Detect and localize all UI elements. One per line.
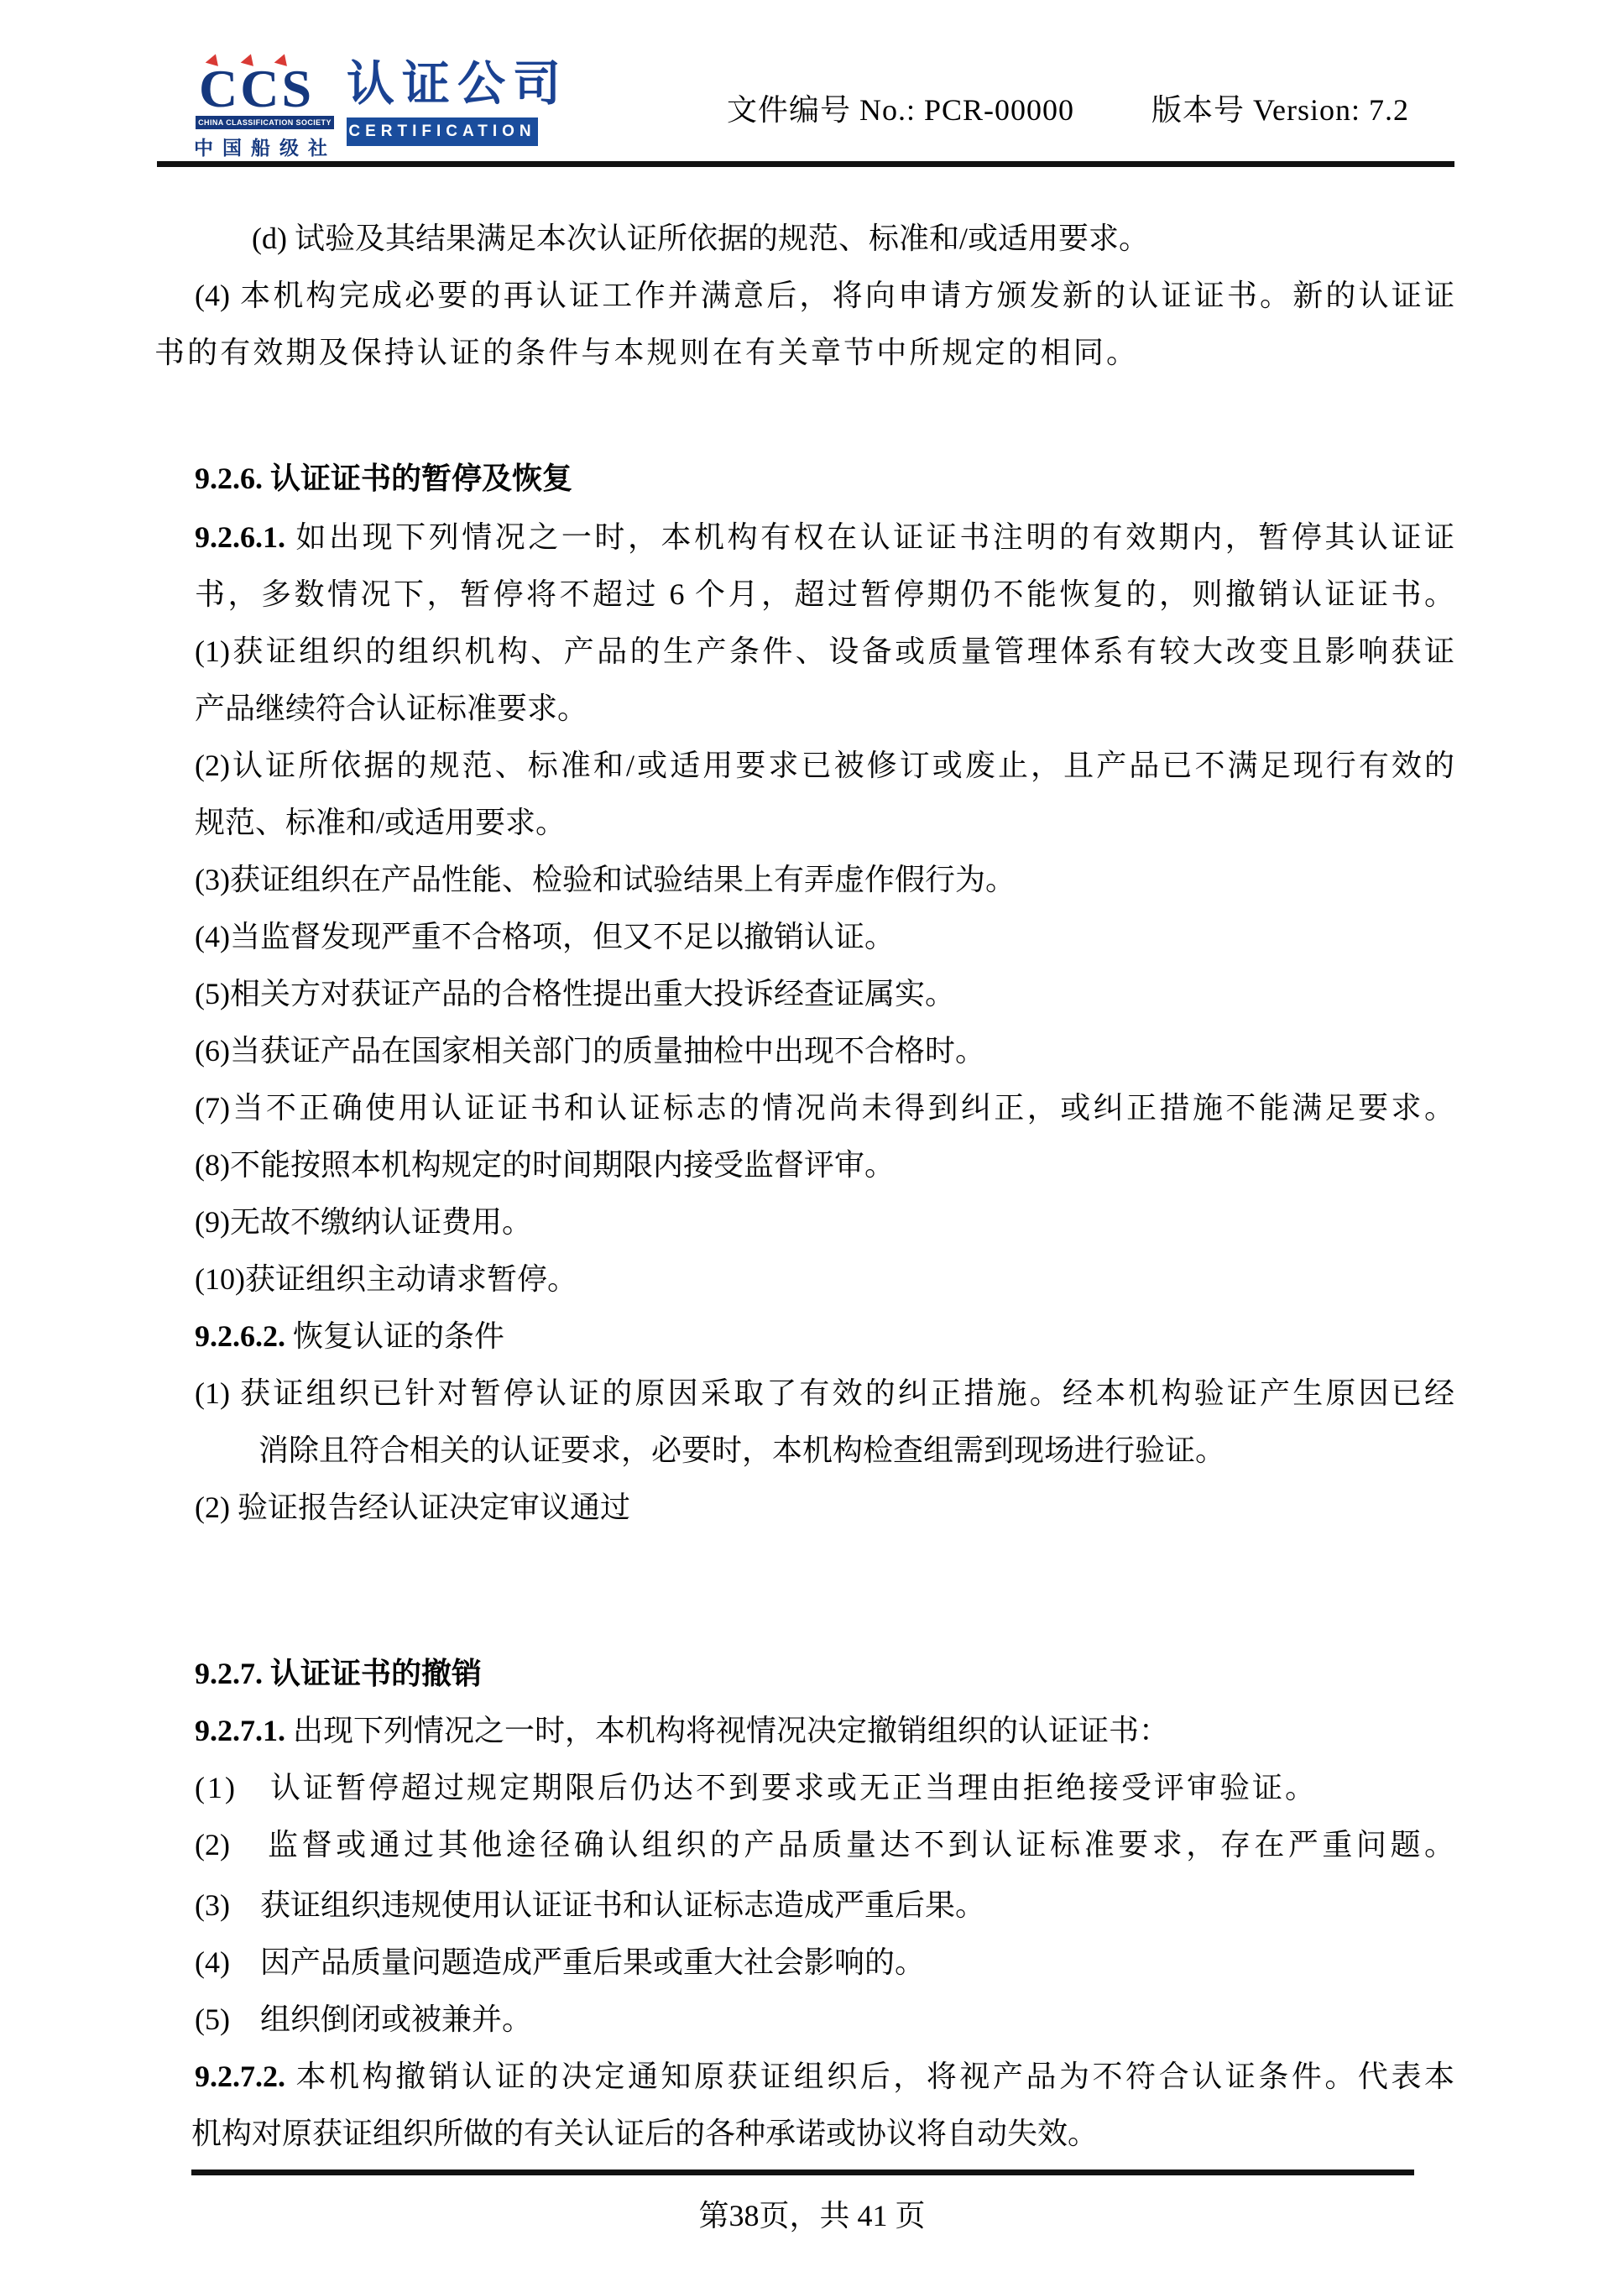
text-segment: (6)当获证产品在国家相关部门的质量抽检中出现不合格时。 bbox=[195, 1034, 985, 1068]
document-number: 文件编号 No.: PCR-00000 bbox=[727, 94, 1074, 128]
text-segment: (4) 因产品质量问题造成严重后果或重大社会影响的。 bbox=[195, 1945, 925, 1979]
text-segment: (1) 认证暂停超过规定期限后仍达不到要求或无正当理由拒绝接受评审验证。 bbox=[195, 1771, 1318, 1804]
text-segment-bold: 9.2.7.2. bbox=[195, 2060, 285, 2093]
text-line: 产品继续符合认证标准要求。 bbox=[195, 690, 587, 728]
header-rule bbox=[157, 161, 1454, 167]
text-segment: 书的有效期及保持认证的条件与本规则在有关章节中所规定的相同。 bbox=[154, 336, 1136, 369]
text-segment: (5)相关方对获证产品的合格性提出重大投诉经查证属实。 bbox=[195, 977, 955, 1010]
text-segment: (8)不能按照本机构规定的时间期限内接受监督评审。 bbox=[195, 1148, 895, 1182]
society-name-bar: CHINA CLASSIFICATION SOCIETY bbox=[196, 116, 334, 129]
text-line: (4) 因产品质量问题造成严重后果或重大社会影响的。 bbox=[195, 1944, 925, 1982]
text-segment: (10)获证组织主动请求暂停。 bbox=[195, 1262, 577, 1296]
text-segment-bold: 9.2.6. 认证证书的暂停及恢复 bbox=[195, 462, 572, 495]
text-segment: (d) 试验及其结果满足本次认证所依据的规范、标准和/或适用要求。 bbox=[252, 222, 1149, 255]
text-line: 9.2.7.2. 本机构撤销认证的决定通知原获证组织后，将视产品为不符合认证条件… bbox=[195, 2058, 1454, 2096]
text-segment: 如出现下列情况之一时，本机构有权在认证证书注明的有效期内，暂停其认证证 bbox=[285, 520, 1454, 554]
text-line: (8)不能按照本机构规定的时间期限内接受监督评审。 bbox=[195, 1146, 895, 1184]
text-line: 消除且符合相关的认证要求，必要时，本机构检查组需到现场进行验证。 bbox=[258, 1432, 1225, 1470]
footer-rule bbox=[191, 2170, 1414, 2175]
text-segment: (2)认证所依据的规范、标准和/或适用要求已被修订或废止，且产品已不满足现行有效… bbox=[195, 749, 1454, 782]
text-line: 9.2.6. 认证证书的暂停及恢复 bbox=[195, 460, 572, 498]
text-line: 9.2.6.2. 恢复认证的条件 bbox=[195, 1318, 504, 1355]
text-segment: (2) 验证报告经认证决定审议通过 bbox=[195, 1491, 630, 1524]
text-segment: 机构对原获证组织所做的有关认证后的各种承诺或协议将自动失效。 bbox=[191, 2117, 1098, 2150]
text-segment: (2) 监督或通过其他途径确认组织的产品质量达不到认证标准要求，存在严重问题。 bbox=[195, 1828, 1454, 1861]
ccs-wordmark: CCS bbox=[199, 62, 314, 116]
text-segment: (9)无故不缴纳认证费用。 bbox=[195, 1205, 532, 1239]
version-number: 版本号 Version: 7.2 bbox=[1151, 94, 1409, 128]
text-segment: (1) 获证组织已针对暂停认证的原因采取了有效的纠正措施。经本机构验证产生原因已… bbox=[195, 1376, 1454, 1410]
text-line: (6)当获证产品在国家相关部门的质量抽检中出现不合格时。 bbox=[195, 1032, 985, 1070]
text-line: 机构对原获证组织所做的有关认证后的各种承诺或协议将自动失效。 bbox=[191, 2115, 1098, 2153]
text-segment: (3) 获证组织违规使用认证证书和认证标志造成严重后果。 bbox=[195, 1888, 985, 1922]
text-segment: (1)获证组织的组织机构、产品的生产条件、设备或质量管理体系有较大改变且影响获证 bbox=[195, 634, 1454, 668]
text-segment: 书，多数情况下，暂停将不超过 6 个月，超过暂停期仍不能恢复的，则撤销认证证书。 bbox=[195, 577, 1454, 611]
text-segment: (5) 组织倒闭或被兼并。 bbox=[195, 2002, 532, 2036]
text-line: (1) 获证组织已针对暂停认证的原因采取了有效的纠正措施。经本机构验证产生原因已… bbox=[195, 1375, 1454, 1412]
society-name-cn: 中国船级社 bbox=[194, 133, 337, 160]
text-line: (3) 获证组织违规使用认证证书和认证标志造成严重后果。 bbox=[195, 1887, 985, 1924]
text-line: (2) 监督或通过其他途径确认组织的产品质量达不到认证标准要求，存在严重问题。 bbox=[195, 1826, 1454, 1864]
text-segment: 恢复认证的条件 bbox=[285, 1319, 504, 1353]
text-line: (5) 组织倒闭或被兼并。 bbox=[195, 2001, 532, 2039]
company-name-cn: 认证公司 bbox=[347, 60, 568, 108]
text-line: 9.2.6.1. 如出现下列情况之一时，本机构有权在认证证书注明的有效期内，暂停… bbox=[195, 519, 1454, 556]
text-line: (7)当不正确使用认证证书和认证标志的情况尚未得到纠正，或纠正措施不能满足要求。 bbox=[195, 1089, 1454, 1127]
text-line: (4)当监督发现严重不合格项，但又不足以撤销认证。 bbox=[195, 918, 895, 956]
text-line: 书，多数情况下，暂停将不超过 6 个月，超过暂停期仍不能恢复的，则撤销认证证书。 bbox=[195, 576, 1454, 614]
ccs-logo: CCS CHINA CLASSIFICATION SOCIETY 中国船级社 认… bbox=[189, 60, 516, 161]
text-line: (3)获证组织在产品性能、检验和试验结果上有弄虚作假行为。 bbox=[195, 861, 1016, 899]
text-line: (10)获证组织主动请求暂停。 bbox=[195, 1261, 577, 1298]
text-segment-bold: 9.2.6.1. bbox=[195, 520, 285, 554]
text-line: 书的有效期及保持认证的条件与本规则在有关章节中所规定的相同。 bbox=[154, 334, 1136, 372]
text-line: (5)相关方对获证产品的合格性提出重大投诉经查证属实。 bbox=[195, 975, 955, 1013]
text-segment: 规范、标准和/或适用要求。 bbox=[195, 806, 566, 839]
text-line: 9.2.7.1. 出现下列情况之一时，本机构将视情况决定撤销组织的认证证书： bbox=[195, 1712, 1169, 1750]
document-page: CCS CHINA CLASSIFICATION SOCIETY 中国船级社 认… bbox=[0, 0, 1624, 2287]
certification-bar: CERTIFICATION bbox=[347, 117, 538, 146]
page-number: 第38页，共 41 页 bbox=[698, 2192, 925, 2235]
text-line: 9.2.7. 认证证书的撤销 bbox=[195, 1655, 482, 1693]
text-segment-bold: 9.2.7. 认证证书的撤销 bbox=[195, 1657, 482, 1690]
text-segment: (7)当不正确使用认证证书和认证标志的情况尚未得到纠正，或纠正措施不能满足要求。 bbox=[195, 1091, 1454, 1125]
text-segment: 出现下列情况之一时，本机构将视情况决定撤销组织的认证证书： bbox=[285, 1714, 1169, 1747]
text-segment: 消除且符合相关的认证要求，必要时，本机构检查组需到现场进行验证。 bbox=[258, 1433, 1225, 1467]
text-segment: (4)当监督发现严重不合格项，但又不足以撤销认证。 bbox=[195, 920, 895, 953]
text-line: (1) 认证暂停超过规定期限后仍达不到要求或无正当理由拒绝接受评审验证。 bbox=[195, 1769, 1318, 1807]
text-line: 规范、标准和/或适用要求。 bbox=[195, 804, 566, 842]
text-segment: (4) 本机构完成必要的再认证工作并满意后，将向申请方颁发新的认证证书。新的认证… bbox=[195, 279, 1454, 312]
text-line: (2) 验证报告经认证决定审议通过 bbox=[195, 1489, 630, 1527]
text-segment: (3)获证组织在产品性能、检验和试验结果上有弄虚作假行为。 bbox=[195, 863, 1016, 896]
text-line: (d) 试验及其结果满足本次认证所依据的规范、标准和/或适用要求。 bbox=[252, 220, 1149, 258]
text-segment: 产品继续符合认证标准要求。 bbox=[195, 692, 587, 725]
text-segment-bold: 9.2.6.2. bbox=[195, 1319, 285, 1353]
text-line: (1)获证组织的组织机构、产品的生产条件、设备或质量管理体系有较大改变且影响获证 bbox=[195, 633, 1454, 671]
text-segment-bold: 9.2.7.1. bbox=[195, 1714, 285, 1747]
text-segment: 本机构撤销认证的决定通知原获证组织后，将视产品为不符合认证条件。代表本 bbox=[285, 2060, 1454, 2093]
text-line: (2)认证所依据的规范、标准和/或适用要求已被修订或废止，且产品已不满足现行有效… bbox=[195, 747, 1454, 785]
text-line: (9)无故不缴纳认证费用。 bbox=[195, 1204, 532, 1241]
text-line: (4) 本机构完成必要的再认证工作并满意后，将向申请方颁发新的认证证书。新的认证… bbox=[195, 277, 1454, 315]
